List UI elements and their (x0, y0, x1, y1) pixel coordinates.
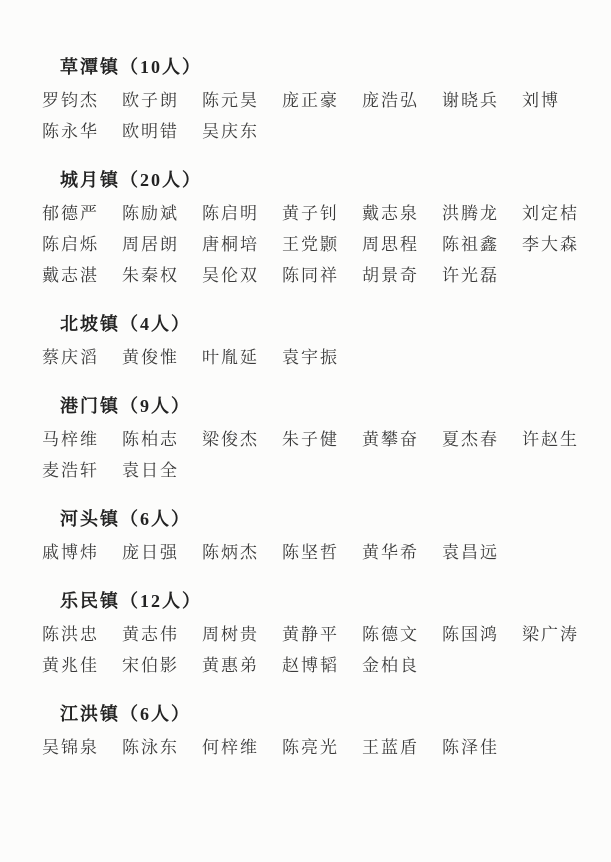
person-name: 刘博 (522, 90, 560, 112)
town-header: 乐民镇（12人） (60, 590, 575, 612)
person-name: 欧子朗 (122, 90, 179, 112)
town-section: 江洪镇（6人）吴锦泉陈泳东何梓维陈亮光王蓝盾陈泽佳 (42, 703, 575, 759)
person-name: 陈坚哲 (282, 542, 339, 564)
town-header: 江洪镇（6人） (60, 703, 575, 725)
person-name: 黄惠弟 (202, 655, 259, 677)
name-row: 戚博炜庞日强陈炳杰陈坚哲黄华希袁昌远 (42, 542, 575, 564)
person-name: 庞日强 (122, 542, 179, 564)
person-name: 周思程 (362, 234, 419, 256)
name-row: 蔡庆滔黄俊惟叶胤延袁宇振 (42, 347, 575, 369)
person-name: 黄兆佳 (42, 655, 99, 677)
person-name: 陈洪忠 (42, 624, 99, 646)
person-name: 陈德文 (362, 624, 419, 646)
person-name: 庞正豪 (282, 90, 339, 112)
document-page: 草潭镇（10人）罗钧杰欧子朗陈元昊庞正豪庞浩弘谢晓兵刘博陈永华欧明错吴庆东城月镇… (0, 0, 611, 862)
person-name: 胡景奇 (362, 265, 419, 287)
person-name: 陈炳杰 (202, 542, 259, 564)
person-name: 罗钧杰 (42, 90, 99, 112)
person-name: 袁日全 (122, 460, 179, 482)
town-header: 港门镇（9人） (60, 395, 575, 417)
person-name: 欧明错 (122, 121, 179, 143)
person-name: 戴志湛 (42, 265, 99, 287)
person-name: 陈亮光 (282, 737, 339, 759)
town-section: 草潭镇（10人）罗钧杰欧子朗陈元昊庞正豪庞浩弘谢晓兵刘博陈永华欧明错吴庆东 (42, 56, 575, 143)
name-row: 郁德严陈励斌陈启明黄子钊戴志泉洪腾龙刘定桔 (42, 203, 575, 225)
person-name: 朱秦权 (122, 265, 179, 287)
person-name: 陈启明 (202, 203, 259, 225)
town-header: 北坡镇（4人） (60, 313, 575, 335)
person-name: 黄华希 (362, 542, 419, 564)
person-name: 郁德严 (42, 203, 99, 225)
name-row: 陈永华欧明错吴庆东 (42, 121, 575, 143)
person-name: 梁俊杰 (202, 429, 259, 451)
person-name: 王蓝盾 (362, 737, 419, 759)
person-name: 吴伦双 (202, 265, 259, 287)
person-name: 庞浩弘 (362, 90, 419, 112)
person-name: 黄攀奋 (362, 429, 419, 451)
person-name: 黄志伟 (122, 624, 179, 646)
town-section: 港门镇（9人）马梓维陈柏志梁俊杰朱子健黄攀奋夏杰春许赵生麦浩轩袁日全 (42, 395, 575, 482)
name-row: 马梓维陈柏志梁俊杰朱子健黄攀奋夏杰春许赵生 (42, 429, 575, 451)
town-header: 草潭镇（10人） (60, 56, 575, 78)
name-row: 戴志湛朱秦权吴伦双陈同祥胡景奇许光磊 (42, 265, 575, 287)
person-name: 袁宇振 (282, 347, 339, 369)
person-name: 陈国鸿 (442, 624, 499, 646)
town-sections-container: 草潭镇（10人）罗钧杰欧子朗陈元昊庞正豪庞浩弘谢晓兵刘博陈永华欧明错吴庆东城月镇… (42, 56, 575, 759)
person-name: 李大森 (522, 234, 579, 256)
person-name: 夏杰春 (442, 429, 499, 451)
person-name: 朱子健 (282, 429, 339, 451)
person-name: 金柏良 (362, 655, 419, 677)
name-row: 黄兆佳宋伯影黄惠弟赵博韬金柏良 (42, 655, 575, 677)
person-name: 蔡庆滔 (42, 347, 99, 369)
person-name: 陈励斌 (122, 203, 179, 225)
person-name: 袁昌远 (442, 542, 499, 564)
town-section: 城月镇（20人）郁德严陈励斌陈启明黄子钊戴志泉洪腾龙刘定桔陈启烁周居朗唐桐培王党… (42, 169, 575, 287)
person-name: 麦浩轩 (42, 460, 99, 482)
name-row: 陈洪忠黄志伟周树贵黄静平陈德文陈国鸿梁广涛 (42, 624, 575, 646)
person-name: 吴庆东 (202, 121, 259, 143)
person-name: 黄子钊 (282, 203, 339, 225)
town-section: 河头镇（6人）戚博炜庞日强陈炳杰陈坚哲黄华希袁昌远 (42, 508, 575, 564)
person-name: 许赵生 (522, 429, 579, 451)
person-name: 吴锦泉 (42, 737, 99, 759)
person-name: 何梓维 (202, 737, 259, 759)
person-name: 戴志泉 (362, 203, 419, 225)
person-name: 叶胤延 (202, 347, 259, 369)
person-name: 周树贵 (202, 624, 259, 646)
person-name: 宋伯影 (122, 655, 179, 677)
person-name: 赵博韬 (282, 655, 339, 677)
person-name: 谢晓兵 (442, 90, 499, 112)
person-name: 陈元昊 (202, 90, 259, 112)
person-name: 王党颢 (282, 234, 339, 256)
town-section: 北坡镇（4人）蔡庆滔黄俊惟叶胤延袁宇振 (42, 313, 575, 369)
person-name: 陈永华 (42, 121, 99, 143)
person-name: 陈祖鑫 (442, 234, 499, 256)
person-name: 洪腾龙 (442, 203, 499, 225)
person-name: 陈柏志 (122, 429, 179, 451)
person-name: 戚博炜 (42, 542, 99, 564)
name-row: 陈启烁周居朗唐桐培王党颢周思程陈祖鑫李大森 (42, 234, 575, 256)
name-row: 麦浩轩袁日全 (42, 460, 575, 482)
name-row: 罗钧杰欧子朗陈元昊庞正豪庞浩弘谢晓兵刘博 (42, 90, 575, 112)
town-section: 乐民镇（12人）陈洪忠黄志伟周树贵黄静平陈德文陈国鸿梁广涛黄兆佳宋伯影黄惠弟赵博… (42, 590, 575, 677)
person-name: 陈启烁 (42, 234, 99, 256)
person-name: 唐桐培 (202, 234, 259, 256)
person-name: 陈泽佳 (442, 737, 499, 759)
person-name: 马梓维 (42, 429, 99, 451)
town-header: 城月镇（20人） (60, 169, 575, 191)
person-name: 黄静平 (282, 624, 339, 646)
person-name: 刘定桔 (522, 203, 579, 225)
town-header: 河头镇（6人） (60, 508, 575, 530)
person-name: 陈泳东 (122, 737, 179, 759)
name-row: 吴锦泉陈泳东何梓维陈亮光王蓝盾陈泽佳 (42, 737, 575, 759)
person-name: 许光磊 (442, 265, 499, 287)
person-name: 陈同祥 (282, 265, 339, 287)
person-name: 梁广涛 (522, 624, 579, 646)
person-name: 周居朗 (122, 234, 179, 256)
person-name: 黄俊惟 (122, 347, 179, 369)
